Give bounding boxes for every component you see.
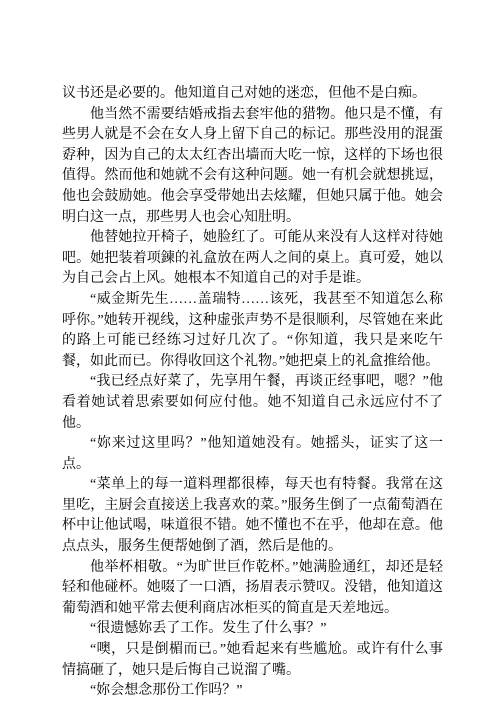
paragraph: “威金斯先生……盖瑞特……该死，我甚至不知道怎么称呼你。”她转开视线，这种虚张声… <box>62 290 443 372</box>
paragraph: “妳会想念那份工作吗？” <box>62 681 443 702</box>
body-text: 议书还是必要的。他知道自己对她的迷恋，但他不是白痴。他当然不需要结婚戒指去套牢他… <box>62 84 443 702</box>
paragraph: 他当然不需要结婚戒指去套牢他的猎物。他只是不懂，有些男人就是不会在女人身上留下自… <box>62 105 443 229</box>
paragraph: “噢，只是倒楣而已。”她看起来有些尴尬。或许有什么事情搞砸了，她只是后悔自己说溜… <box>62 640 443 681</box>
book-page: 议书还是必要的。他知道自己对她的迷恋，但他不是白痴。他当然不需要结婚戒指去套牢他… <box>0 0 503 715</box>
paragraph: 议书还是必要的。他知道自己对她的迷恋，但他不是白痴。 <box>62 84 443 105</box>
paragraph: “我已经点好菜了，先享用午餐，再谈正经事吧，嗯？”他看着她试着思索要如何应付他。… <box>62 372 443 434</box>
paragraph: “菜单上的每一道料理都很棒，每天也有特餐。我常在这里吃，主厨会直接送上我喜欢的菜… <box>62 475 443 557</box>
paragraph: “妳来过这里吗？”他知道她没有。她摇头，证实了这一点。 <box>62 434 443 475</box>
paragraph: “很遗憾妳丢了工作。发生了什么事？” <box>62 619 443 640</box>
paragraph: 他替她拉开椅子，她脸红了。可能从来没有人这样对待她吧。她把装着项鍊的礼盒放在两人… <box>62 228 443 290</box>
paragraph: 他举杯相敬。“为旷世巨作乾杯。”她满脸通红，却还是轻轻和他碰杯。她啜了一口酒，扬… <box>62 558 443 620</box>
